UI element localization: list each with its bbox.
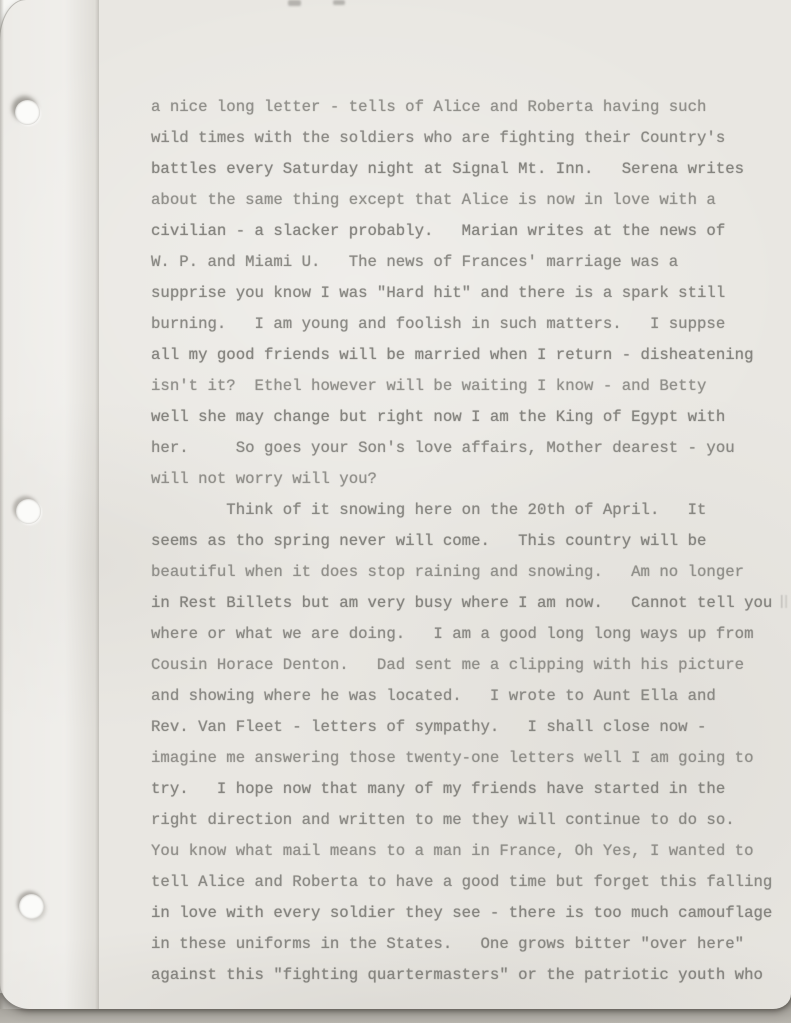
- letter-line: where or what we are doing. I am a good …: [151, 619, 772, 650]
- letter-line: against this "fighting quartermasters" o…: [151, 960, 772, 991]
- top-edge-mark: [288, 0, 301, 6]
- letter-line: W. P. and Miami U. The news of Frances' …: [151, 247, 772, 278]
- letter-line: and showing where he was located. I wrot…: [151, 681, 772, 712]
- letter-line: about the same thing except that Alice i…: [151, 185, 772, 216]
- letter-line: seems as tho spring never will come. Thi…: [151, 526, 772, 557]
- punch-hole: [15, 100, 40, 125]
- letter-line: a nice long letter - tells of Alice and …: [151, 92, 772, 123]
- letter-line: isn't it? Ethel however will be waiting …: [151, 371, 772, 402]
- letter-line: right direction and written to me they w…: [151, 805, 772, 836]
- letter-line: civilian - a slacker probably. Marian wr…: [151, 216, 772, 247]
- letter-line: burning. I am young and foolish in such …: [151, 309, 772, 340]
- letter-line: beautiful when it does stop raining and …: [151, 557, 772, 588]
- page-left-edge: [0, 0, 4, 1009]
- letter-line: in these uniforms in the States. One gro…: [151, 929, 772, 960]
- letter-line: in Rest Billets but am very busy where I…: [151, 588, 772, 619]
- letter-text: a nice long letter - tells of Alice and …: [151, 92, 772, 991]
- letter-line: imagine me answering those twenty-one le…: [151, 743, 772, 774]
- letter-line: well she may change but right now I am t…: [151, 402, 772, 433]
- margin-stray-mark: [781, 595, 787, 608]
- scanned-letter-page: a nice long letter - tells of Alice and …: [0, 0, 791, 1023]
- letter-paper: a nice long letter - tells of Alice and …: [0, 0, 791, 1009]
- punch-hole: [16, 499, 41, 524]
- letter-line: will not worry will you?: [151, 464, 772, 495]
- letter-line: Cousin Horace Denton. Dad sent me a clip…: [151, 650, 772, 681]
- letter-line: in love with every soldier they see - th…: [151, 898, 772, 929]
- letter-line: You know what mail means to a man in Fra…: [151, 836, 772, 867]
- punch-hole: [19, 894, 44, 919]
- top-edge-mark: [333, 0, 345, 5]
- letter-line: her. So goes your Son's love affairs, Mo…: [151, 433, 772, 464]
- letter-line: wild times with the soldiers who are fig…: [151, 123, 772, 154]
- letter-line: tell Alice and Roberta to have a good ti…: [151, 867, 772, 898]
- letter-line: battles every Saturday night at Signal M…: [151, 154, 772, 185]
- letter-line: Think of it snowing here on the 20th of …: [151, 495, 772, 526]
- letter-line: all my good friends will be married when…: [151, 340, 772, 371]
- binding-edge-strip: [0, 0, 99, 1009]
- letter-line: Rev. Van Fleet - letters of sympathy. I …: [151, 712, 772, 743]
- letter-line: try. I hope now that many of my friends …: [151, 774, 772, 805]
- letter-line: supprise you know I was "Hard hit" and t…: [151, 278, 772, 309]
